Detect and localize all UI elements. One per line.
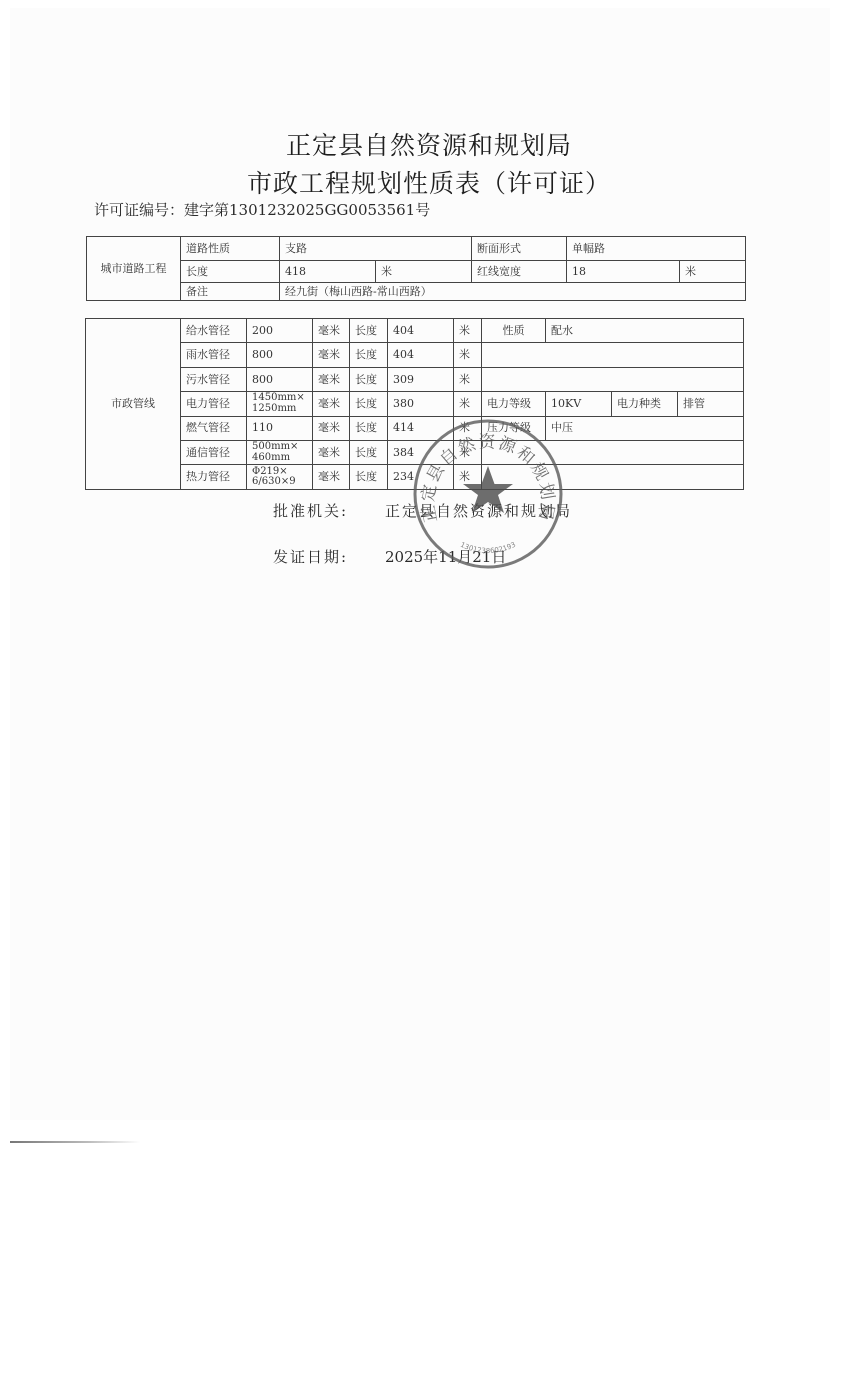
pipe-name: 污水管径 (181, 367, 247, 391)
pipe-length-label: 长度 (350, 465, 388, 489)
pipe-attribute-value: 中压 (546, 416, 744, 440)
pipe-extra-empty (482, 465, 744, 489)
pipe-attribute-label: 性质 (482, 319, 546, 343)
pipe-length-label: 长度 (350, 367, 388, 391)
remarks-value: 经九街（梅山西路-常山西路） (280, 283, 746, 301)
pipe-diameter-line2: 1250mm (252, 403, 296, 414)
pipe-length-label: 长度 (350, 440, 388, 464)
pipe-name: 给水管径 (181, 319, 247, 343)
pipeline-row: 雨水管径800毫米长度404米 (86, 343, 744, 367)
pipe-diameter: 1450mm×1250mm (247, 392, 313, 416)
approval-authority-value: 正定县自然资源和规划局 (385, 500, 572, 521)
pipe-extra-empty (482, 343, 744, 367)
pipe-length-unit: 米 (454, 343, 482, 367)
pipe-diameter-line2: 6/630×9 (252, 476, 296, 487)
road-engineering-table: 城市道路工程 道路性质 支路 断面形式 单幅路 长度 418 米 红线宽度 18… (86, 236, 746, 301)
issue-date-label: 发证日期: (273, 546, 348, 567)
pipe-diameter-unit: 毫米 (313, 465, 350, 489)
pipe-length-value: 309 (388, 367, 454, 391)
pipe-extra-empty (482, 440, 744, 464)
cross-section-value: 单幅路 (567, 237, 746, 261)
pipe-diameter: 800 (247, 343, 313, 367)
permit-number-value: 建字第1301232025GG0053561号 (184, 201, 430, 219)
pipeline-row: 市政管线给水管径200毫米长度404米性质配水 (86, 319, 744, 343)
pipe-name: 燃气管径 (181, 416, 247, 440)
road-length-label: 长度 (181, 261, 280, 283)
pipeline-row: 电力管径1450mm×1250mm毫米长度380米电力等级10KV电力种类排管 (86, 392, 744, 416)
pipe-length-value: 234 (388, 465, 454, 489)
pipe-diameter-unit: 毫米 (313, 416, 350, 440)
remarks-label: 备注 (181, 283, 280, 301)
pipe-length-unit: 米 (454, 440, 482, 464)
cross-section-label: 断面形式 (472, 237, 567, 261)
pipe-attribute-label: 压力等级 (482, 416, 546, 440)
pipe-diameter-line1: 1450mm× (252, 392, 305, 403)
pipe-diameter: 200 (247, 319, 313, 343)
pipe-length-unit: 米 (454, 319, 482, 343)
pipe-name: 电力管径 (181, 392, 247, 416)
pipe-length-unit: 米 (454, 416, 482, 440)
pipe-length-label: 长度 (350, 319, 388, 343)
issue-date-value: 2025年11月21日 (385, 546, 506, 567)
pipe-diameter-line2: 460mm (252, 452, 290, 463)
road-length-unit: 米 (376, 261, 472, 283)
pipe-attribute-value: 配水 (546, 319, 744, 343)
pipeline-group-label: 市政管线 (86, 319, 181, 490)
pipe-length-label: 长度 (350, 343, 388, 367)
pipeline-row: 污水管径800毫米长度309米 (86, 367, 744, 391)
pipe-diameter: 110 (247, 416, 313, 440)
document-title-form: 市政工程规划性质表（许可证） (4, 164, 850, 200)
pipe-diameter: Φ219×6/630×9 (247, 465, 313, 489)
pipe-diameter-unit: 毫米 (313, 343, 350, 367)
pipe-length-value: 380 (388, 392, 454, 416)
pipe-length-value: 404 (388, 319, 454, 343)
pipe-length-value: 414 (388, 416, 454, 440)
permit-number-label: 许可证编号： (94, 201, 184, 219)
pipeline-row: 燃气管径110毫米长度414米压力等级中压 (86, 416, 744, 440)
pipe-diameter-unit: 毫米 (313, 319, 350, 343)
red-line-width-unit: 米 (680, 261, 746, 283)
pipe-diameter-line1: Φ219× (252, 466, 288, 477)
pipe-name: 热力管径 (181, 465, 247, 489)
road-group-label: 城市道路工程 (87, 237, 181, 301)
document-title-agency: 正定县自然资源和规划局 (4, 126, 850, 162)
pipe-attribute-value: 排管 (678, 392, 744, 416)
pipe-length-label: 长度 (350, 392, 388, 416)
pipe-extra-empty (482, 367, 744, 391)
pipe-length-value: 404 (388, 343, 454, 367)
permit-number: 许可证编号：建字第1301232025GG0053561号 (94, 199, 430, 220)
pipe-name: 雨水管径 (181, 343, 247, 367)
pipe-diameter: 800 (247, 367, 313, 391)
pipe-diameter-unit: 毫米 (313, 367, 350, 391)
pipe-length-unit: 米 (454, 392, 482, 416)
municipal-pipeline-table: 市政管线给水管径200毫米长度404米性质配水雨水管径800毫米长度404米污水… (85, 318, 744, 490)
road-type-label: 道路性质 (181, 237, 280, 261)
pipe-diameter-unit: 毫米 (313, 392, 350, 416)
road-length-value: 418 (280, 261, 376, 283)
pipe-diameter-unit: 毫米 (313, 440, 350, 464)
pipeline-row: 通信管径500mm×460mm毫米长度384米 (86, 440, 744, 464)
pipeline-row: 热力管径Φ219×6/630×9毫米长度234米 (86, 465, 744, 489)
red-line-width-value: 18 (567, 261, 680, 283)
pipe-length-unit: 米 (454, 367, 482, 391)
scan-artifact-line (10, 1141, 140, 1143)
pipe-attribute-value: 10KV (546, 392, 612, 416)
pipe-name: 通信管径 (181, 440, 247, 464)
pipe-length-unit: 米 (454, 465, 482, 489)
approval-authority-label: 批准机关: (273, 500, 348, 521)
red-line-width-label: 红线宽度 (472, 261, 567, 283)
pipe-diameter: 500mm×460mm (247, 440, 313, 464)
pipe-attribute-label: 电力种类 (612, 392, 678, 416)
pipe-attribute-label: 电力等级 (482, 392, 546, 416)
road-type-value: 支路 (280, 237, 472, 261)
pipe-length-label: 长度 (350, 416, 388, 440)
pipe-length-value: 384 (388, 440, 454, 464)
pipe-diameter-line1: 500mm× (252, 441, 298, 452)
